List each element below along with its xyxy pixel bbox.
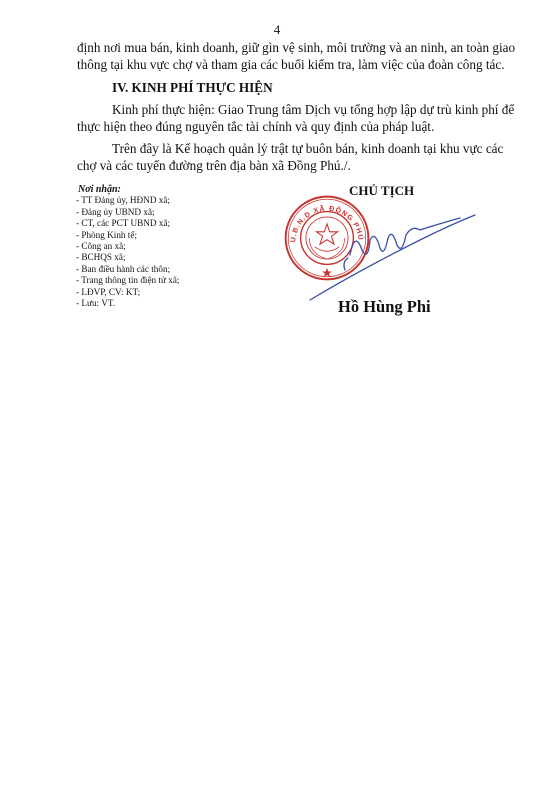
recipient-item: - BCHQS xã; (76, 252, 180, 263)
recipient-item: - Phòng Kinh tế; (76, 230, 180, 241)
recipients-list: - TT Đảng ủy, HĐND xã;- Đảng ủy UBND xã;… (76, 195, 180, 309)
recipient-item: - Ban điều hành các thôn; (76, 264, 180, 275)
handwritten-signature-icon (300, 200, 480, 310)
closing-line-2: chợ và các tuyến đường trên địa bàn xã Đ… (77, 158, 351, 174)
recipient-item: - LĐVP, CV: KT; (76, 287, 180, 298)
funding-line-1: Kinh phí thực hiện: Giao Trung tâm Dịch … (112, 102, 477, 118)
recipients-block: Nơi nhận: - TT Đảng ủy, HĐND xã;- Đảng ủ… (76, 184, 180, 309)
body-line-1: định nơi mua bán, kinh doanh, giữ gìn vệ… (77, 40, 477, 56)
recipient-item: - Công an xã; (76, 241, 180, 252)
recipient-item: - TT Đảng ủy, HĐND xã; (76, 195, 180, 206)
closing-line-1: Trên đây là Kế hoạch quản lý trật tự buô… (112, 141, 477, 157)
signer-name: Hồ Hùng Phi (338, 297, 431, 317)
section-heading: IV. KINH PHÍ THỰC HIỆN (112, 80, 273, 96)
signer-title: CHỦ TỊCH (349, 183, 414, 199)
body-line-2: thông tại khu vực chợ và tham gia các bu… (77, 57, 505, 73)
recipient-item: - Đảng ủy UBND xã; (76, 207, 180, 218)
page-number: 4 (0, 22, 554, 38)
recipient-item: - Lưu: VT. (76, 298, 180, 309)
recipients-title: Nơi nhận: (78, 184, 180, 195)
recipient-item: - Trang thông tin điện tử xã; (76, 275, 180, 286)
recipient-item: - CT, các PCT UBND xã; (76, 218, 180, 229)
funding-line-2: thực hiện theo đúng nguyên tắc tài chính… (77, 119, 434, 135)
